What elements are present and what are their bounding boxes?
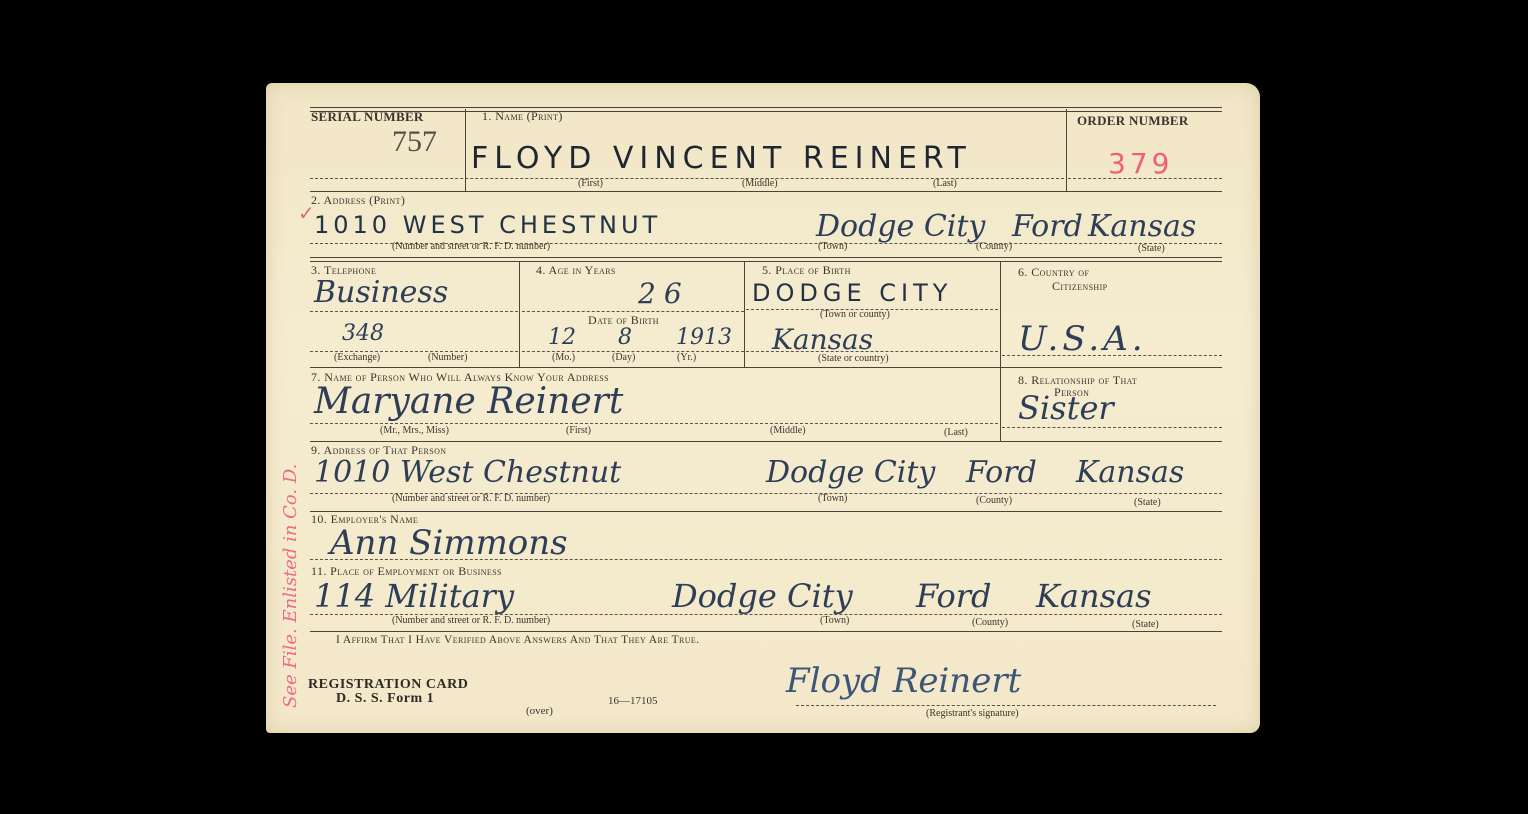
name-middle-sub: (Middle)	[742, 178, 778, 189]
contact-person-line	[310, 423, 998, 424]
address-street: 1010 WEST CHESTNUT	[314, 211, 661, 239]
place-of-birth-town: DODGE CITY	[752, 279, 952, 307]
employment-street: 114 Military	[314, 577, 514, 615]
rule	[310, 191, 1222, 192]
contact-address-town: Dodge City	[766, 455, 935, 490]
contact-last-sub: (Last)	[944, 427, 968, 438]
rule	[310, 367, 1222, 368]
dob-yr-sub: (Yr.)	[677, 352, 696, 363]
side-annotation: See File. Enlisted in Co. D.	[280, 464, 301, 708]
rule	[310, 441, 1222, 442]
contact-address-street: 1010 West Chestnut	[314, 455, 621, 490]
citizenship-line	[1002, 355, 1222, 356]
address-label: 2. Address (Print)	[311, 193, 405, 208]
address-street-sub: (Number and street or R. F. D. number)	[392, 241, 550, 252]
rule	[310, 261, 1222, 262]
address-town-sub: (Town)	[818, 241, 847, 252]
employer-line	[310, 559, 1222, 560]
address-county-sub: (County)	[976, 241, 1012, 252]
footer-title-2: D. S. S. Form 1	[336, 691, 434, 707]
divider	[519, 261, 520, 367]
telephone-exchange-sub: (Exchange)	[334, 352, 380, 363]
pob-line-2	[746, 351, 998, 352]
contact-county-sub: (County)	[976, 495, 1012, 506]
side-annotation-wrap: See File. Enlisted in Co. D.	[280, 708, 310, 718]
employer-value: Ann Simmons	[330, 523, 568, 563]
contact-state-sub: (State)	[1134, 497, 1161, 508]
contact-address-county: Ford	[966, 455, 1037, 490]
dob-year: 1913	[676, 325, 732, 350]
citizenship-value: U.S.A.	[1018, 319, 1147, 359]
employment-county-sub: (County)	[972, 617, 1008, 628]
footer-form-code: 16—17105	[608, 695, 658, 707]
serial-number-value: 757	[392, 125, 437, 159]
pob-town-sub: (Town or county)	[820, 309, 890, 320]
top-rule-2	[310, 111, 1222, 112]
rule	[310, 257, 1222, 258]
signature-value: Floyd Reinert	[786, 661, 1021, 701]
divider	[1066, 109, 1067, 191]
footer-over: (over)	[526, 705, 553, 717]
employment-town-sub: (Town)	[820, 615, 849, 626]
telephone-exchange: Business	[314, 275, 448, 310]
order-number-label: ORDER NUMBER	[1077, 113, 1189, 129]
divider	[744, 261, 745, 367]
citizenship-label-2: Citizenship	[1052, 279, 1108, 294]
relationship-line	[1002, 427, 1222, 428]
order-line	[1068, 178, 1222, 179]
employment-state: Kansas	[1036, 577, 1152, 615]
telephone-line-1	[310, 311, 518, 312]
citizenship-label-1: 6. Country of	[1018, 265, 1089, 280]
contact-person-value: Maryane Reinert	[314, 381, 623, 422]
serial-number-label: SERIAL NUMBER	[311, 109, 424, 125]
employment-county: Ford	[916, 577, 992, 615]
age-label: 4. Age in Years	[536, 263, 616, 278]
name-value: FLOYD VINCENT REINERT	[471, 141, 972, 176]
divider	[1000, 261, 1001, 441]
contact-middle-sub: (Middle)	[770, 425, 806, 436]
telephone-number: 348	[342, 321, 384, 346]
address-county: Ford	[1012, 209, 1083, 244]
contact-title-sub: (Mr., Mrs., Miss)	[380, 425, 449, 436]
top-rule	[310, 107, 1222, 108]
dob-day-sub: (Day)	[612, 352, 635, 363]
employment-town: Dodge City	[672, 577, 853, 615]
affirmation-text: I Affirm That I Have Verified Above Answ…	[336, 634, 700, 646]
name-last-sub: (Last)	[933, 178, 957, 189]
rule	[310, 631, 1222, 632]
rule	[310, 511, 1222, 512]
registration-card: ✓ See File. Enlisted in Co. D. SERIAL NU…	[266, 83, 1260, 733]
employment-street-sub: (Number and street or R. F. D. number)	[392, 615, 550, 626]
name-first-sub: (First)	[578, 178, 603, 189]
relationship-value: Sister	[1018, 389, 1114, 427]
signature-sub: (Registrant's signature)	[926, 708, 1019, 719]
contact-street-sub: (Number and street or R. F. D. number)	[392, 493, 550, 504]
contact-first-sub: (First)	[566, 425, 591, 436]
pob-state-sub: (State or country)	[818, 353, 889, 364]
telephone-number-sub: (Number)	[428, 352, 467, 363]
order-number-value: 379	[1108, 147, 1173, 180]
contact-town-sub: (Town)	[818, 493, 847, 504]
name-label: 1. Name (Print)	[482, 109, 563, 124]
dob-mo-sub: (Mo.)	[552, 352, 575, 363]
employment-state-sub: (State)	[1132, 619, 1159, 630]
dob-month: 12	[548, 325, 576, 350]
age-value: 26	[638, 277, 690, 310]
address-state: Kansas	[1088, 209, 1196, 244]
address-town: Dodge City	[816, 209, 985, 244]
contact-address-state: Kansas	[1076, 455, 1184, 490]
age-line	[522, 311, 744, 312]
address-state-sub: (State)	[1138, 243, 1165, 254]
dob-day: 8	[618, 325, 632, 350]
place-of-birth-label: 5. Place of Birth	[762, 263, 851, 278]
signature-line	[796, 705, 1216, 706]
